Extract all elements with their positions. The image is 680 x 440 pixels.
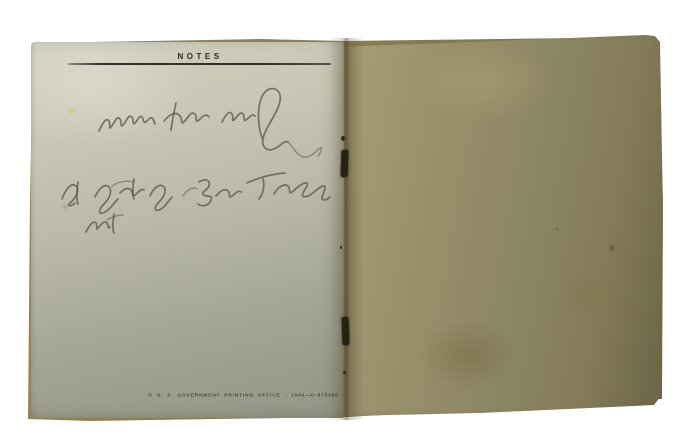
binding-speck xyxy=(340,246,342,249)
left-page xyxy=(31,42,344,418)
header-rule xyxy=(68,63,331,65)
page-title: NOTES xyxy=(70,52,330,61)
staple-icon xyxy=(342,317,350,345)
binding-speck xyxy=(341,136,345,141)
photo-open-notebook: NOTES xyxy=(0,0,680,440)
binding-speck xyxy=(343,371,346,374)
gpo-imprint-text: ☆ U. S. GOVERNMENT PRINTING OFFICE : 194… xyxy=(148,392,339,398)
staple-icon xyxy=(341,150,349,177)
gpo-imprint-line: ☆ U. S. GOVERNMENT PRINTING OFFICE : 194… xyxy=(89,386,349,404)
right-page-blank xyxy=(345,33,663,417)
